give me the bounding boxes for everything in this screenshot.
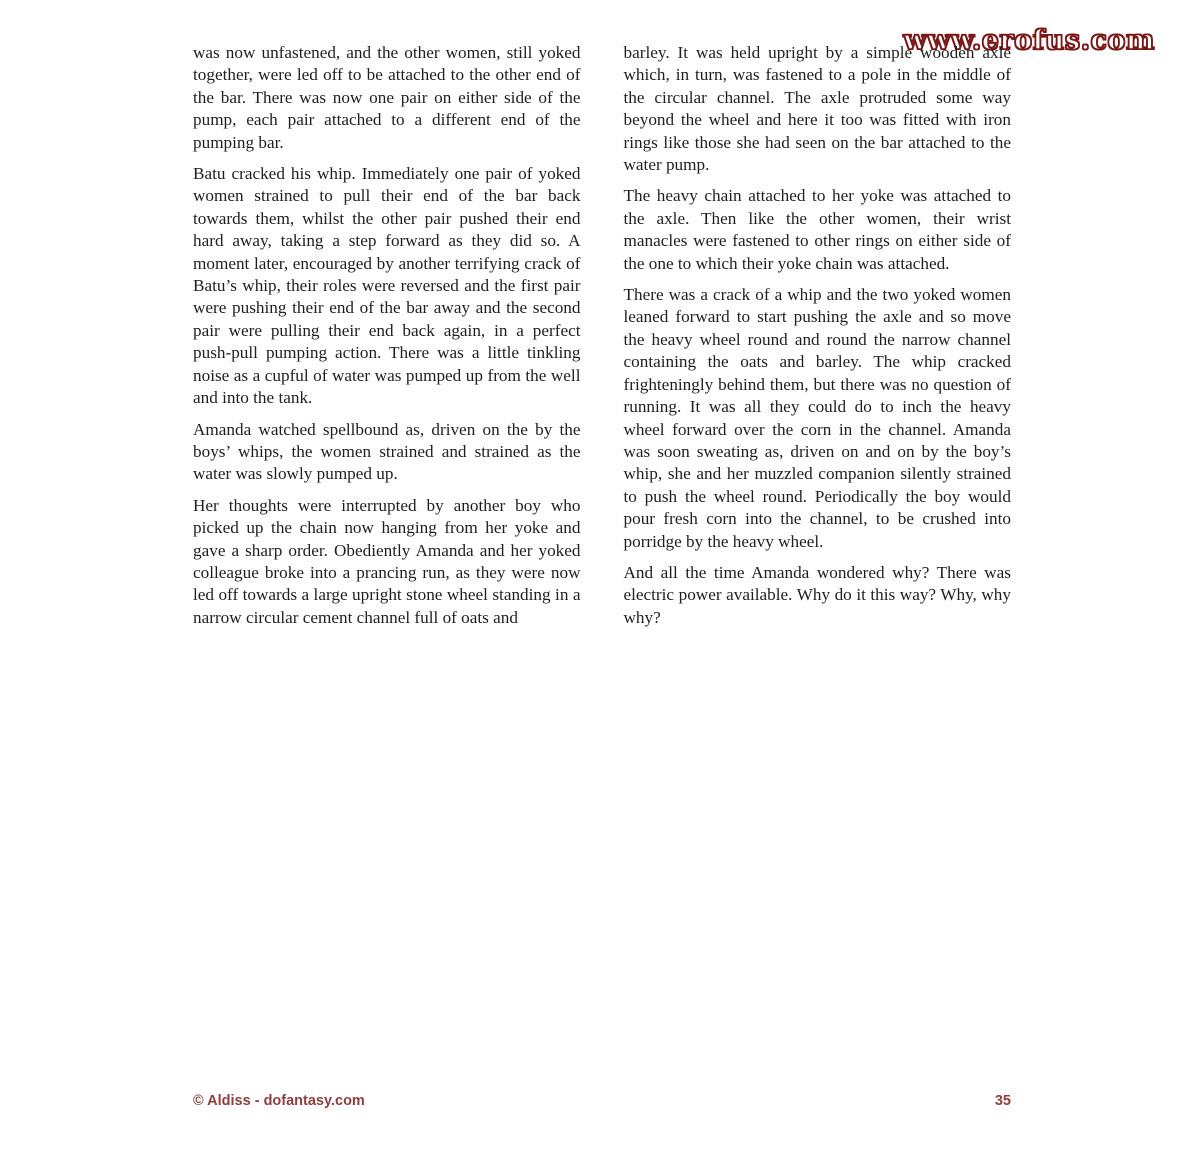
paragraph: The heavy chain attached to her yoke was… — [624, 185, 1012, 275]
text-content: was now unfastened, and the other women,… — [193, 42, 1011, 638]
paragraph: Batu cracked his whip. Immediately one p… — [193, 163, 581, 409]
paragraph: barley. It was held upright by a simple … — [624, 42, 1012, 176]
paragraph: was now unfastened, and the other women,… — [193, 42, 581, 154]
document-page: www.erofus.com was now unfastened, and t… — [0, 0, 1200, 1157]
paragraph: Amanda watched spellbound as, driven on … — [193, 419, 581, 486]
text-column-right: barley. It was held upright by a simple … — [624, 42, 1012, 638]
paragraph: There was a crack of a whip and the two … — [624, 284, 1012, 553]
page-footer: © Aldiss - dofantasy.com 35 — [193, 1093, 1011, 1109]
page-number: 35 — [995, 1093, 1011, 1109]
text-column-left: was now unfastened, and the other women,… — [193, 42, 581, 638]
paragraph: Her thoughts were interrupted by another… — [193, 495, 581, 629]
copyright-notice: © Aldiss - dofantasy.com — [193, 1093, 365, 1109]
paragraph: And all the time Amanda wondered why? Th… — [624, 562, 1012, 629]
